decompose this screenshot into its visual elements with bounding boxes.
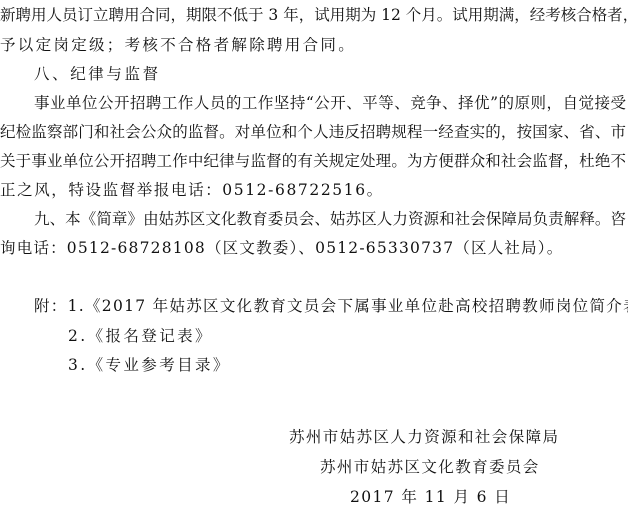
paragraph-7-line-2-text: 予以定岗定级；考核不合格者解除聘用合同。 (0, 34, 356, 56)
attachment-3: 3.《专业参考目录》 (68, 354, 231, 376)
section-heading-discipline: 八、纪律与监督 (34, 63, 161, 85)
signature-org-education: 苏州市姑苏区文化教育委员会 (320, 456, 540, 478)
attachment-2: 2.《报名登记表》 (68, 325, 213, 347)
signature-date: 2017 年 11 月 6 日 (350, 486, 511, 508)
paragraph-7-line-1: 新聘用人员订立聘用合同，期限不低于 3 年，试用期为 12 个月。试用期满，经考… (0, 4, 626, 26)
interpretation-paragraph-line-2: 询电话：0512-68728108（区文教委）、0512-65330737（区人… (0, 237, 563, 259)
discipline-paragraph-line-1: 事业单位公开招聘工作人员的工作坚持“公开、平等、竞争、择优”的原则，自觉接受 (34, 92, 626, 114)
discipline-paragraph-line-3: 关于事业单位公开招聘工作中纪律与监督的有关规定处理。为方便群众和社会监督，杜绝不 (0, 150, 626, 172)
interpretation-paragraph-line-1: 九、本《简章》由姑苏区文化教育委员会、姑苏区人力资源和社会保障局负责解释。咨 (34, 208, 626, 230)
discipline-paragraph-line-2: 纪检监察部门和社会公众的监督。对单位和个人违反招聘规程一经查实的，按国家、省、市 (0, 121, 626, 143)
document-page: 新聘用人员订立聘用合同，期限不低于 3 年，试用期为 12 个月。试用期满，经考… (0, 0, 628, 515)
signature-org-hr: 苏州市姑苏区人力资源和社会保障局 (289, 426, 559, 448)
attachment-1: 附：1.《2017 年姑苏区文化教育文员会下属事业单位赴高校招聘教师岗位简介表》 (34, 295, 628, 317)
discipline-paragraph-line-4: 正之风，特设监督举报电话：0512-68722516。 (0, 179, 384, 201)
